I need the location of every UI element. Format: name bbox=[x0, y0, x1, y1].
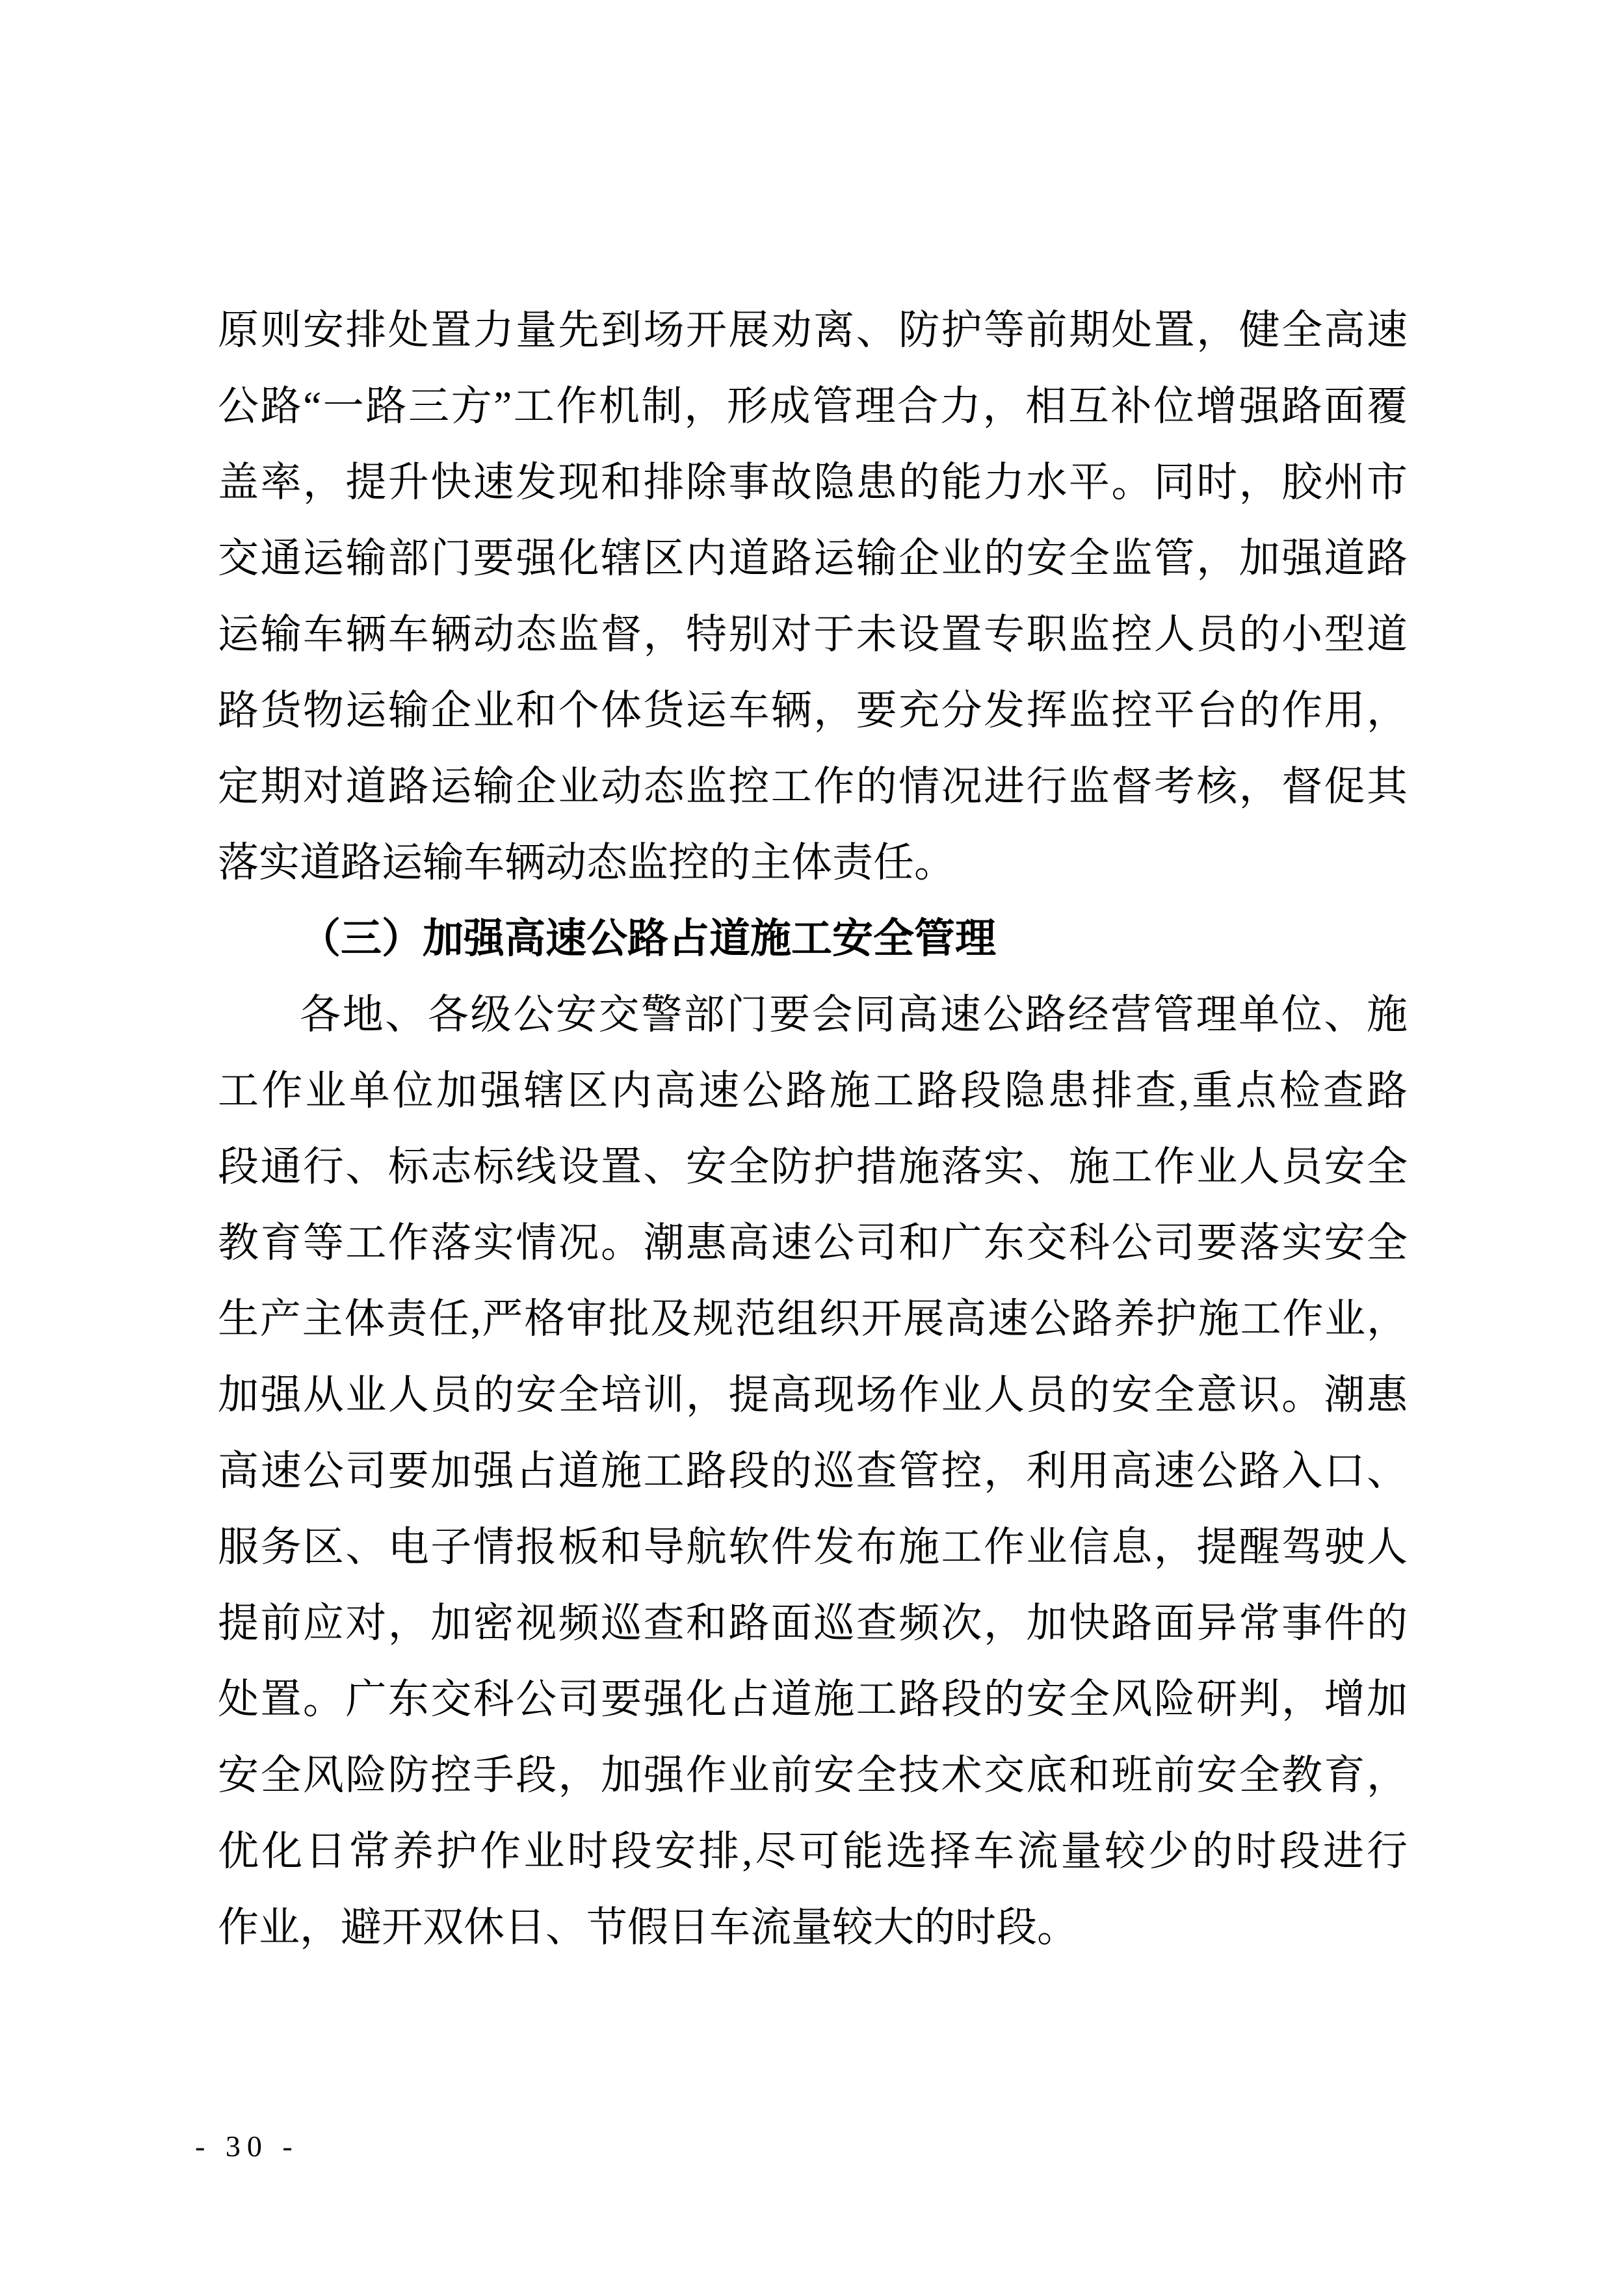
text-line: 加强从业人员的安全培训，提高现场作业人员的安全意识。潮惠 bbox=[218, 1357, 1408, 1433]
document-page: 原则安排处置力量先到场开展劝离、防护等前期处置，健全高速公路“一路三方”工作机制… bbox=[0, 0, 1613, 2296]
body-text-block: 原则安排处置力量先到场开展劝离、防护等前期处置，健全高速公路“一路三方”工作机制… bbox=[218, 293, 1408, 1966]
text-line: 服务区、电子情报板和导航软件发布施工作业信息，提醒驾驶人 bbox=[218, 1509, 1408, 1585]
text-line: 教育等工作落实情况。潮惠高速公司和广东交科公司要落实安全 bbox=[218, 1205, 1408, 1281]
text-line: 优化日常养护作业时段安排,尽可能选择车流量较少的时段进行 bbox=[218, 1814, 1408, 1890]
page-number: - 30 - bbox=[195, 2127, 299, 2166]
text-line: 盖率，提升快速发现和排除事故隐患的能力水平。同时，胶州市 bbox=[218, 445, 1408, 521]
section-heading: （三）加强高速公路占道施工安全管理 bbox=[218, 901, 1408, 977]
text-line: 公路“一路三方”工作机制，形成管理合力，相互补位增强路面覆 bbox=[218, 369, 1408, 445]
text-line: 交通运输部门要强化辖区内道路运输企业的安全监管，加强道路 bbox=[218, 521, 1408, 597]
text-line: 作业，避开双休日、节假日车流量较大的时段。 bbox=[218, 1890, 1408, 1966]
text-line: 工作业单位加强辖区内高速公路施工路段隐患排查,重点检查路 bbox=[218, 1053, 1408, 1129]
text-line: 段通行、标志标线设置、安全防护措施落实、施工作业人员安全 bbox=[218, 1129, 1408, 1205]
text-line: 运输车辆车辆动态监督，特别对于未设置专职监控人员的小型道 bbox=[218, 597, 1408, 673]
text-line: 安全风险防控手段，加强作业前安全技术交底和班前安全教育， bbox=[218, 1738, 1408, 1814]
text-line: 生产主体责任,严格审批及规范组织开展高速公路养护施工作业， bbox=[218, 1281, 1408, 1357]
text-line: 定期对道路运输企业动态监控工作的情况进行监督考核，督促其 bbox=[218, 749, 1408, 825]
text-line: 落实道路运输车辆动态监控的主体责任。 bbox=[218, 825, 1408, 901]
text-line: 各地、各级公安交警部门要会同高速公路经营管理单位、施 bbox=[218, 977, 1408, 1053]
text-line: 原则安排处置力量先到场开展劝离、防护等前期处置，健全高速 bbox=[218, 293, 1408, 369]
text-line: 路货物运输企业和个体货运车辆，要充分发挥监控平台的作用， bbox=[218, 673, 1408, 749]
text-line: 高速公司要加强占道施工路段的巡查管控，利用高速公路入口、 bbox=[218, 1433, 1408, 1509]
text-line: 提前应对，加密视频巡查和路面巡查频次，加快路面异常事件的 bbox=[218, 1585, 1408, 1662]
text-line: 处置。广东交科公司要强化占道施工路段的安全风险研判，增加 bbox=[218, 1662, 1408, 1738]
